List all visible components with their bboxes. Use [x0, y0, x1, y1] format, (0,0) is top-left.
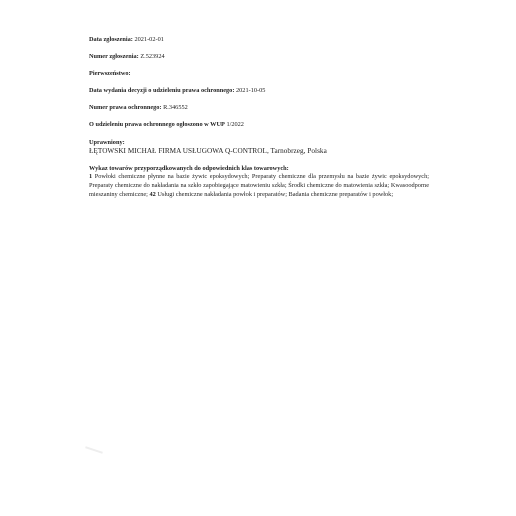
application-number: Numer zgłoszenia: Z.523924: [89, 53, 429, 62]
right-number: Numer prawa ochronnego: R.346552: [89, 104, 429, 113]
class-number: 1: [89, 173, 92, 180]
document-page: Data zgłoszenia: 2021-02-01 Numer zgłosz…: [89, 36, 429, 200]
priority: Pierwszeństwo:: [89, 70, 429, 79]
filing-date-value: 2021-02-01: [134, 36, 163, 43]
scan-artifact: [85, 446, 103, 453]
application-number-label: Numer zgłoszenia:: [89, 53, 139, 60]
wup-announcement: O udzieleniu prawa ochronnego ogłoszono …: [89, 121, 429, 130]
decision-date: Data wydania decyzji o udzieleniu prawa …: [89, 87, 429, 96]
owner-name: ŁĘTOWSKI MICHAŁ FIRMA USŁUGOWA Q-CONTROL…: [89, 147, 429, 157]
owner-label: Uprawniony:: [89, 139, 429, 148]
priority-label: Pierwszeństwo:: [89, 70, 131, 77]
wup-announcement-label: O udzieleniu prawa ochronnego ogłoszono …: [89, 121, 225, 128]
goods-list: 1 Powłoki chemiczne płynne na bazie żywi…: [89, 173, 429, 200]
filing-date: Data zgłoszenia: 2021-02-01: [89, 36, 429, 45]
class-number: 42: [150, 191, 156, 198]
right-number-label: Numer prawa ochronnego:: [89, 104, 162, 111]
application-number-value: Z.523924: [140, 53, 164, 60]
class-goods: Usługi chemiczne nakładania powłok i pre…: [157, 191, 393, 198]
goods-list-title: Wykaz towarów przyporządkowanych do odpo…: [89, 165, 429, 174]
filing-date-label: Data zgłoszenia:: [89, 36, 133, 43]
decision-date-label: Data wydania decyzji o udzieleniu prawa …: [89, 87, 234, 94]
right-number-value: R.346552: [163, 104, 188, 111]
decision-date-value: 2021-10-05: [236, 87, 265, 94]
wup-announcement-value: 1/2022: [226, 121, 244, 128]
